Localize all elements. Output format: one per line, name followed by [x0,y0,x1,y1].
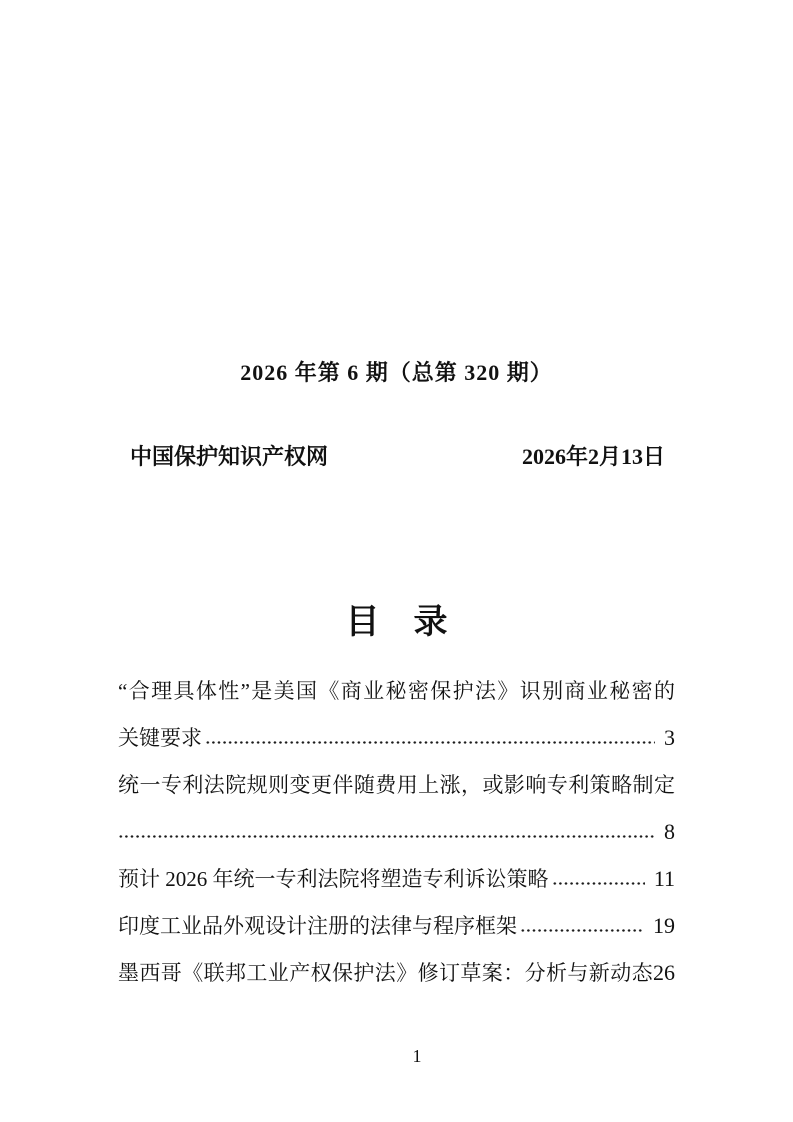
toc-entry-text: 印度工业品外观设计注册的法律与程序框架 [118,913,517,939]
masthead-row: 中国保护知识产权网 2026年2月13日 [130,443,665,471]
toc-heading: 目 录 [0,602,793,644]
org-name: 中国保护知识产权网 [130,443,328,471]
toc-page-number: 11 [645,866,675,892]
dot-leader [205,725,655,751]
toc-entry-line: 8 [118,819,675,866]
dot-leader [552,866,645,892]
toc-entry-line: 印度工业品外观设计注册的法律与程序框架 19 [118,913,675,960]
toc-page-number: 8 [655,819,675,845]
toc-entry-text: 统一专利法院规则变更伴随费用上涨，或影响专利策略制定 [118,773,675,797]
toc-page-number: 26 [653,960,675,985]
toc-entry-text: 墨西哥《联邦工业产权保护法》修订草案：分析与新动态 [118,961,653,985]
toc-entry-line: “合理具体性”是美国《商业秘密保护法》识别商业秘密的 [118,678,675,725]
document-page: 2026 年第 6 期（总第 320 期） 中国保护知识产权网 2026年2月1… [0,0,793,1122]
toc-entry-text: 预计 2026 年统一专利法院将塑造专利诉讼策略 [118,866,549,892]
dot-leader [118,819,655,845]
toc-entry-line: 关键要求 3 [118,725,675,772]
toc-page-number: 3 [655,725,675,751]
issue-title: 2026 年第 6 期（总第 320 期） [0,359,793,387]
toc-entry-line: 墨西哥《联邦工业产权保护法》修订草案：分析与新动态26 [118,960,675,1007]
toc-entry-line: 统一专利法院规则变更伴随费用上涨，或影响专利策略制定 [118,772,675,819]
toc-page-number: 19 [644,913,675,939]
dot-leader [520,913,644,939]
toc-list: “合理具体性”是美国《商业秘密保护法》识别商业秘密的 关键要求 3 统一专利法院… [118,678,675,1007]
footer-page-number: 1 [380,1046,454,1066]
toc-entry-text: 关键要求 [118,725,202,751]
toc-entry-line: 预计 2026 年统一专利法院将塑造专利诉讼策略 11 [118,866,675,913]
issue-date: 2026年2月13日 [522,443,665,471]
toc-entry-text: “合理具体性”是美国《商业秘密保护法》识别商业秘密的 [118,679,675,703]
